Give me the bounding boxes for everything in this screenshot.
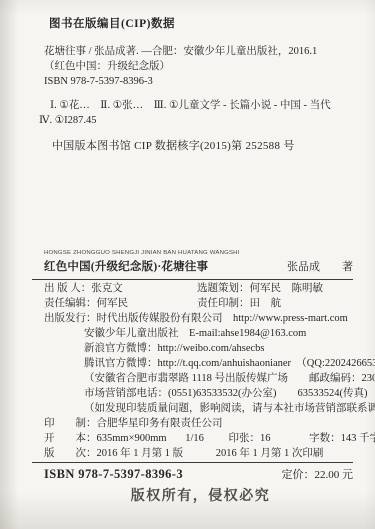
topic-planners: 选题策划：何军民 陈明敏 bbox=[197, 281, 323, 296]
print-supervisor: 责任印制：田 航 bbox=[197, 296, 281, 311]
colophon-row-marketing-phone: 市场营销部电话：(0551)63533532(办公室) 63533524(传真) bbox=[44, 386, 353, 401]
cip-description-line-series: （红色中国：升级纪念版） bbox=[44, 59, 353, 74]
divider-bottom bbox=[32, 462, 353, 463]
tencent-weibo-url: 腾讯官方微博：http://t.qq.com/anhuishaonianer （… bbox=[84, 358, 375, 369]
colophon-row-editor: 责任编辑：何军民 责任印制：田 航 bbox=[44, 296, 353, 311]
printing-info: 2016 年 1 月第 1 次印刷 bbox=[216, 448, 324, 459]
format-fraction: 1/16 bbox=[185, 433, 204, 444]
book-copyright-page: 图书在版编目(CIP)数据 花塘往事 / 张品成著. —合肥：安徽少年儿童出版社… bbox=[0, 0, 375, 529]
cip-classification: Ⅰ. ①花… Ⅱ. ①张… Ⅲ. ①儿童文学 - 长篇小说 - 中国 - 当代 … bbox=[44, 98, 353, 128]
format-word-count: 字数：143 千字 bbox=[309, 433, 375, 444]
cip-record-number: 中国版本图书馆 CIP 数据核字(2015)第 252588 号 bbox=[52, 137, 353, 153]
colophon-row-quality-note: （如发现印装质量问题，影响阅读，请与本社市场营销部联系调换） bbox=[44, 401, 353, 416]
divider-top bbox=[32, 279, 353, 280]
colophon-row-tencent-weibo: 腾讯官方微博：http://t.qq.com/anhuishaonianer （… bbox=[44, 356, 353, 371]
colophon-row-edition: 版 次：2016 年 1 月第 1 版 2016 年 1 月第 1 次印刷 bbox=[44, 446, 353, 461]
price-label: 定价：22.00 元 bbox=[282, 466, 354, 482]
printer-company: 印 制：合肥华星印务有限责任公司 bbox=[44, 418, 223, 429]
colophon-table: 出 版 人：张克文 选题策划：何军民 陈明敏 责任编辑：何军民 责任印制：田 航… bbox=[44, 281, 353, 461]
series-title-row: 红色中国(升级纪念版)·花塘往事 张品成 著 bbox=[44, 258, 353, 274]
edition-info: 版 次：2016 年 1 月第 1 版 bbox=[44, 448, 183, 459]
format-size: 开 本：635mm×900mm bbox=[44, 433, 167, 444]
isbn-number: ISBN 978-7-5397-8396-3 bbox=[44, 467, 183, 482]
print-quality-note: （如发现印装质量问题，影响阅读，请与本社市场营销部联系调换） bbox=[84, 403, 375, 414]
series-title-pinyin: HONGSE ZHONGGUO SHENGJI JINIAN BAN HUATA… bbox=[44, 250, 353, 256]
cip-header: 图书在版编目(CIP)数据 bbox=[49, 15, 353, 31]
publishing-group: 出版发行：时代出版传媒股份有限公司 http://www.press-mart.… bbox=[44, 313, 348, 324]
colophon-row-format: 开 本：635mm×900mm 1/16 印张：16 字数：143 千字 bbox=[44, 431, 353, 446]
cip-classification-line2: Ⅳ. ①I287.45 bbox=[39, 113, 353, 128]
colophon-row-address: （安徽省合肥市翡翠路 1118 号出版传媒广场 邮政编码：230071） bbox=[44, 371, 353, 386]
marketing-phone: 市场营销部电话：(0551)63533532(办公室) 63533524(传真) bbox=[84, 388, 367, 399]
series-book-title: 红色中国(升级纪念版)·花塘往事 bbox=[44, 258, 208, 274]
press-name-email: 安徽少年儿童出版社 E-mail:ahse1984@163.com bbox=[84, 328, 306, 339]
colophon-row-press-email: 安徽少年儿童出版社 E-mail:ahse1984@163.com bbox=[44, 326, 353, 341]
cip-description-line-title: 花塘往事 / 张品成著. —合肥：安徽少年儿童出版社，2016.1 bbox=[44, 44, 353, 59]
publisher-person: 出 版 人：张克文 bbox=[44, 283, 123, 294]
colophon-row-printer: 印 制：合肥华星印务有限责任公司 bbox=[44, 416, 353, 431]
colophon-row-sina-weibo: 新浪官方微博：http://weibo.com/ahsecbs bbox=[44, 341, 353, 356]
book-author: 张品成 著 bbox=[287, 258, 353, 274]
copyright-notice: 版权所有，侵权必究 bbox=[26, 485, 375, 505]
isbn-price-row: ISBN 978-7-5397-8396-3 定价：22.00 元 bbox=[44, 466, 353, 482]
format-sheets: 印张：16 bbox=[229, 433, 271, 444]
press-address-postcode: （安徽省合肥市翡翠路 1118 号出版传媒广场 邮政编码：230071） bbox=[84, 373, 375, 384]
colophon-row-publishing-group: 出版发行：时代出版传媒股份有限公司 http://www.press-mart.… bbox=[44, 311, 353, 326]
responsible-editor: 责任编辑：何军民 bbox=[44, 298, 128, 309]
cip-description: 花塘往事 / 张品成著. —合肥：安徽少年儿童出版社，2016.1 （红色中国：… bbox=[44, 44, 353, 89]
cip-description-line-isbn: ISBN 978-7-5397-8396-3 bbox=[44, 74, 353, 89]
cip-classification-line1: Ⅰ. ①花… Ⅱ. ①张… Ⅲ. ①儿童文学 - 长篇小说 - 中国 - 当代 bbox=[50, 98, 353, 113]
colophon-row-publisher-person: 出 版 人：张克文 选题策划：何军民 陈明敏 bbox=[44, 281, 353, 296]
sina-weibo-url: 新浪官方微博：http://weibo.com/ahsecbs bbox=[84, 343, 265, 354]
